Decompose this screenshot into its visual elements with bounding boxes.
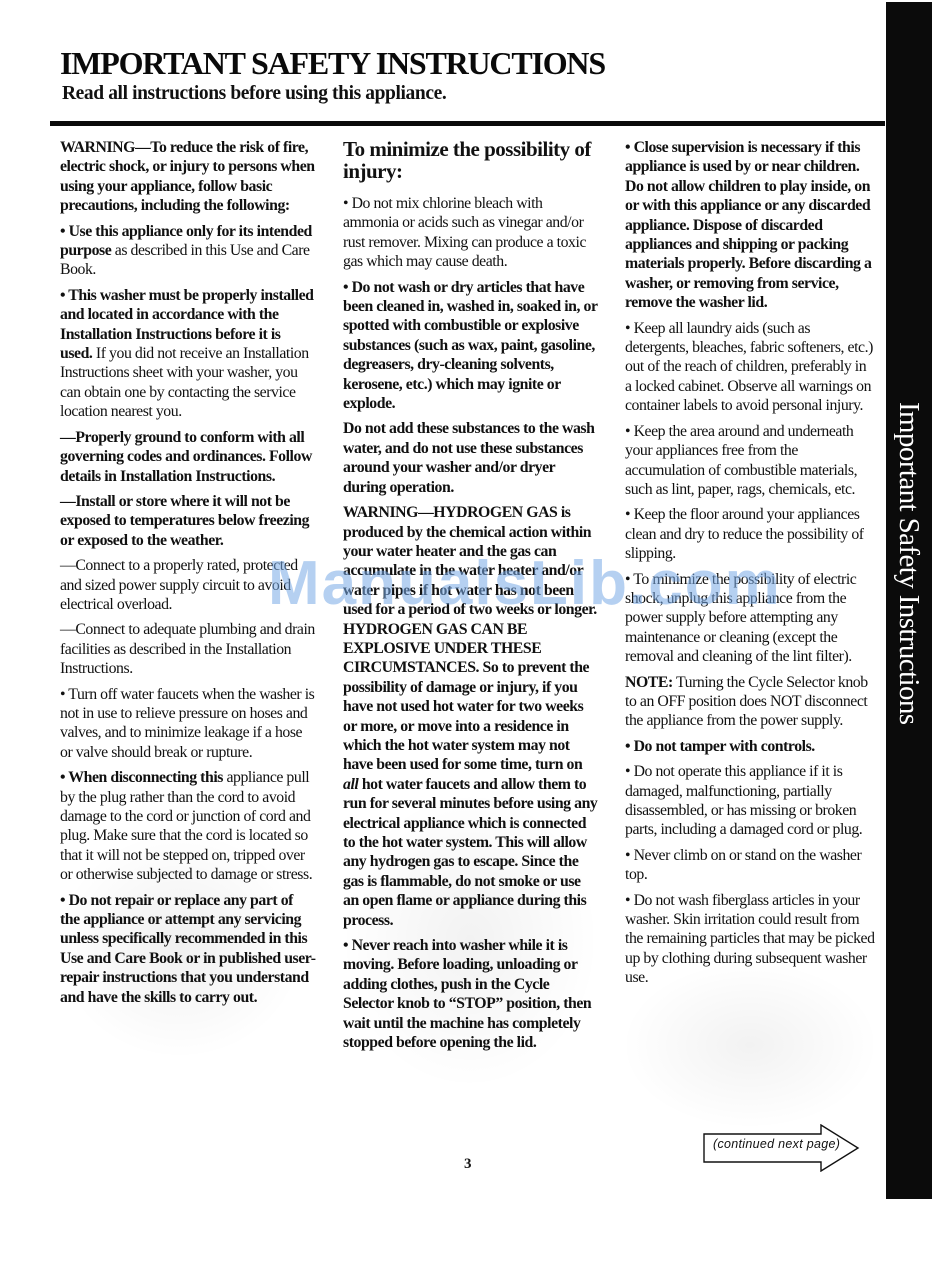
instruction-item: —Connect to a properly rated, protected … [60, 556, 316, 614]
warning-text: hot water faucets and allow them to run … [343, 776, 597, 929]
instruction-bold: • When disconnecting this [60, 769, 223, 786]
instruction-item: • Close supervision is necessary if this… [625, 138, 875, 313]
hydrogen-warning: WARNING—HYDROGEN GAS is produced by the … [343, 503, 599, 930]
note-label: NOTE: [625, 674, 673, 691]
instruction-item: • Do not operate this appliance if it is… [625, 762, 875, 840]
note: NOTE: Turning the Cycle Selector knob to… [625, 673, 875, 731]
column-right: • Close supervision is necessary if this… [625, 138, 875, 994]
page-number: 3 [464, 1156, 472, 1173]
warning-text: WARNING—HYDROGEN GAS is produced by the … [343, 504, 597, 773]
instruction-item: • When disconnecting this appliance pull… [60, 768, 316, 884]
instruction-item: • Use this appliance only for its intend… [60, 222, 316, 280]
column-left: WARNING—To reduce the risk of fire, elec… [60, 138, 316, 1013]
instruction-item: • Keep the area around and underneath yo… [625, 422, 875, 500]
side-tab-label: Important Safety Instructions [886, 402, 932, 724]
instruction-item: —Connect to adequate plumbing and drain … [60, 620, 316, 678]
instruction-item: • Keep the floor around your appliances … [625, 505, 875, 563]
side-tab: Important Safety Instructions [886, 2, 932, 1199]
column-middle: To minimize the possibility of injury: •… [343, 138, 599, 1058]
instruction-item: • To minimize the possibility of electri… [625, 570, 875, 667]
instruction-text: appliance pull by the plug rather than t… [60, 769, 312, 883]
instruction-item: Do not add these substances to the wash … [343, 419, 599, 497]
header-divider [50, 121, 885, 126]
instruction-item: —Properly ground to conform with all gov… [60, 428, 316, 486]
page-subtitle: Read all instructions before using this … [62, 82, 446, 106]
instruction-text: If you did not receive an Installation I… [60, 345, 309, 420]
instruction-item: —Install or store where it will not be e… [60, 492, 316, 550]
instruction-item: • Keep all laundry aids (such as deterge… [625, 319, 875, 416]
instruction-item: • Do not mix chlorine bleach with ammoni… [343, 194, 599, 272]
instruction-item: • Turn off water faucets when the washer… [60, 685, 316, 763]
continued-next-page-arrow: (continued next page) [703, 1124, 861, 1172]
instruction-item: • Do not repair or replace any part of t… [60, 891, 316, 1007]
page-title: IMPORTANT SAFETY INSTRUCTIONS [60, 44, 605, 82]
warning-emphasis: all [343, 776, 358, 793]
section-heading: To minimize the possibility of injury: [343, 138, 599, 182]
instruction-item: • Do not wash or dry articles that have … [343, 278, 599, 414]
instruction-item: • Do not tamper with controls. [625, 737, 875, 756]
instruction-item: • This washer must be properly installed… [60, 286, 316, 422]
continued-label: (continued next page) [713, 1137, 840, 1151]
instruction-item: • Never reach into washer while it is mo… [343, 936, 599, 1052]
instruction-item: • Never climb on or stand on the washer … [625, 846, 875, 885]
warning-intro: WARNING—To reduce the risk of fire, elec… [60, 138, 316, 216]
instruction-item: • Do not wash fiberglass articles in you… [625, 891, 875, 988]
